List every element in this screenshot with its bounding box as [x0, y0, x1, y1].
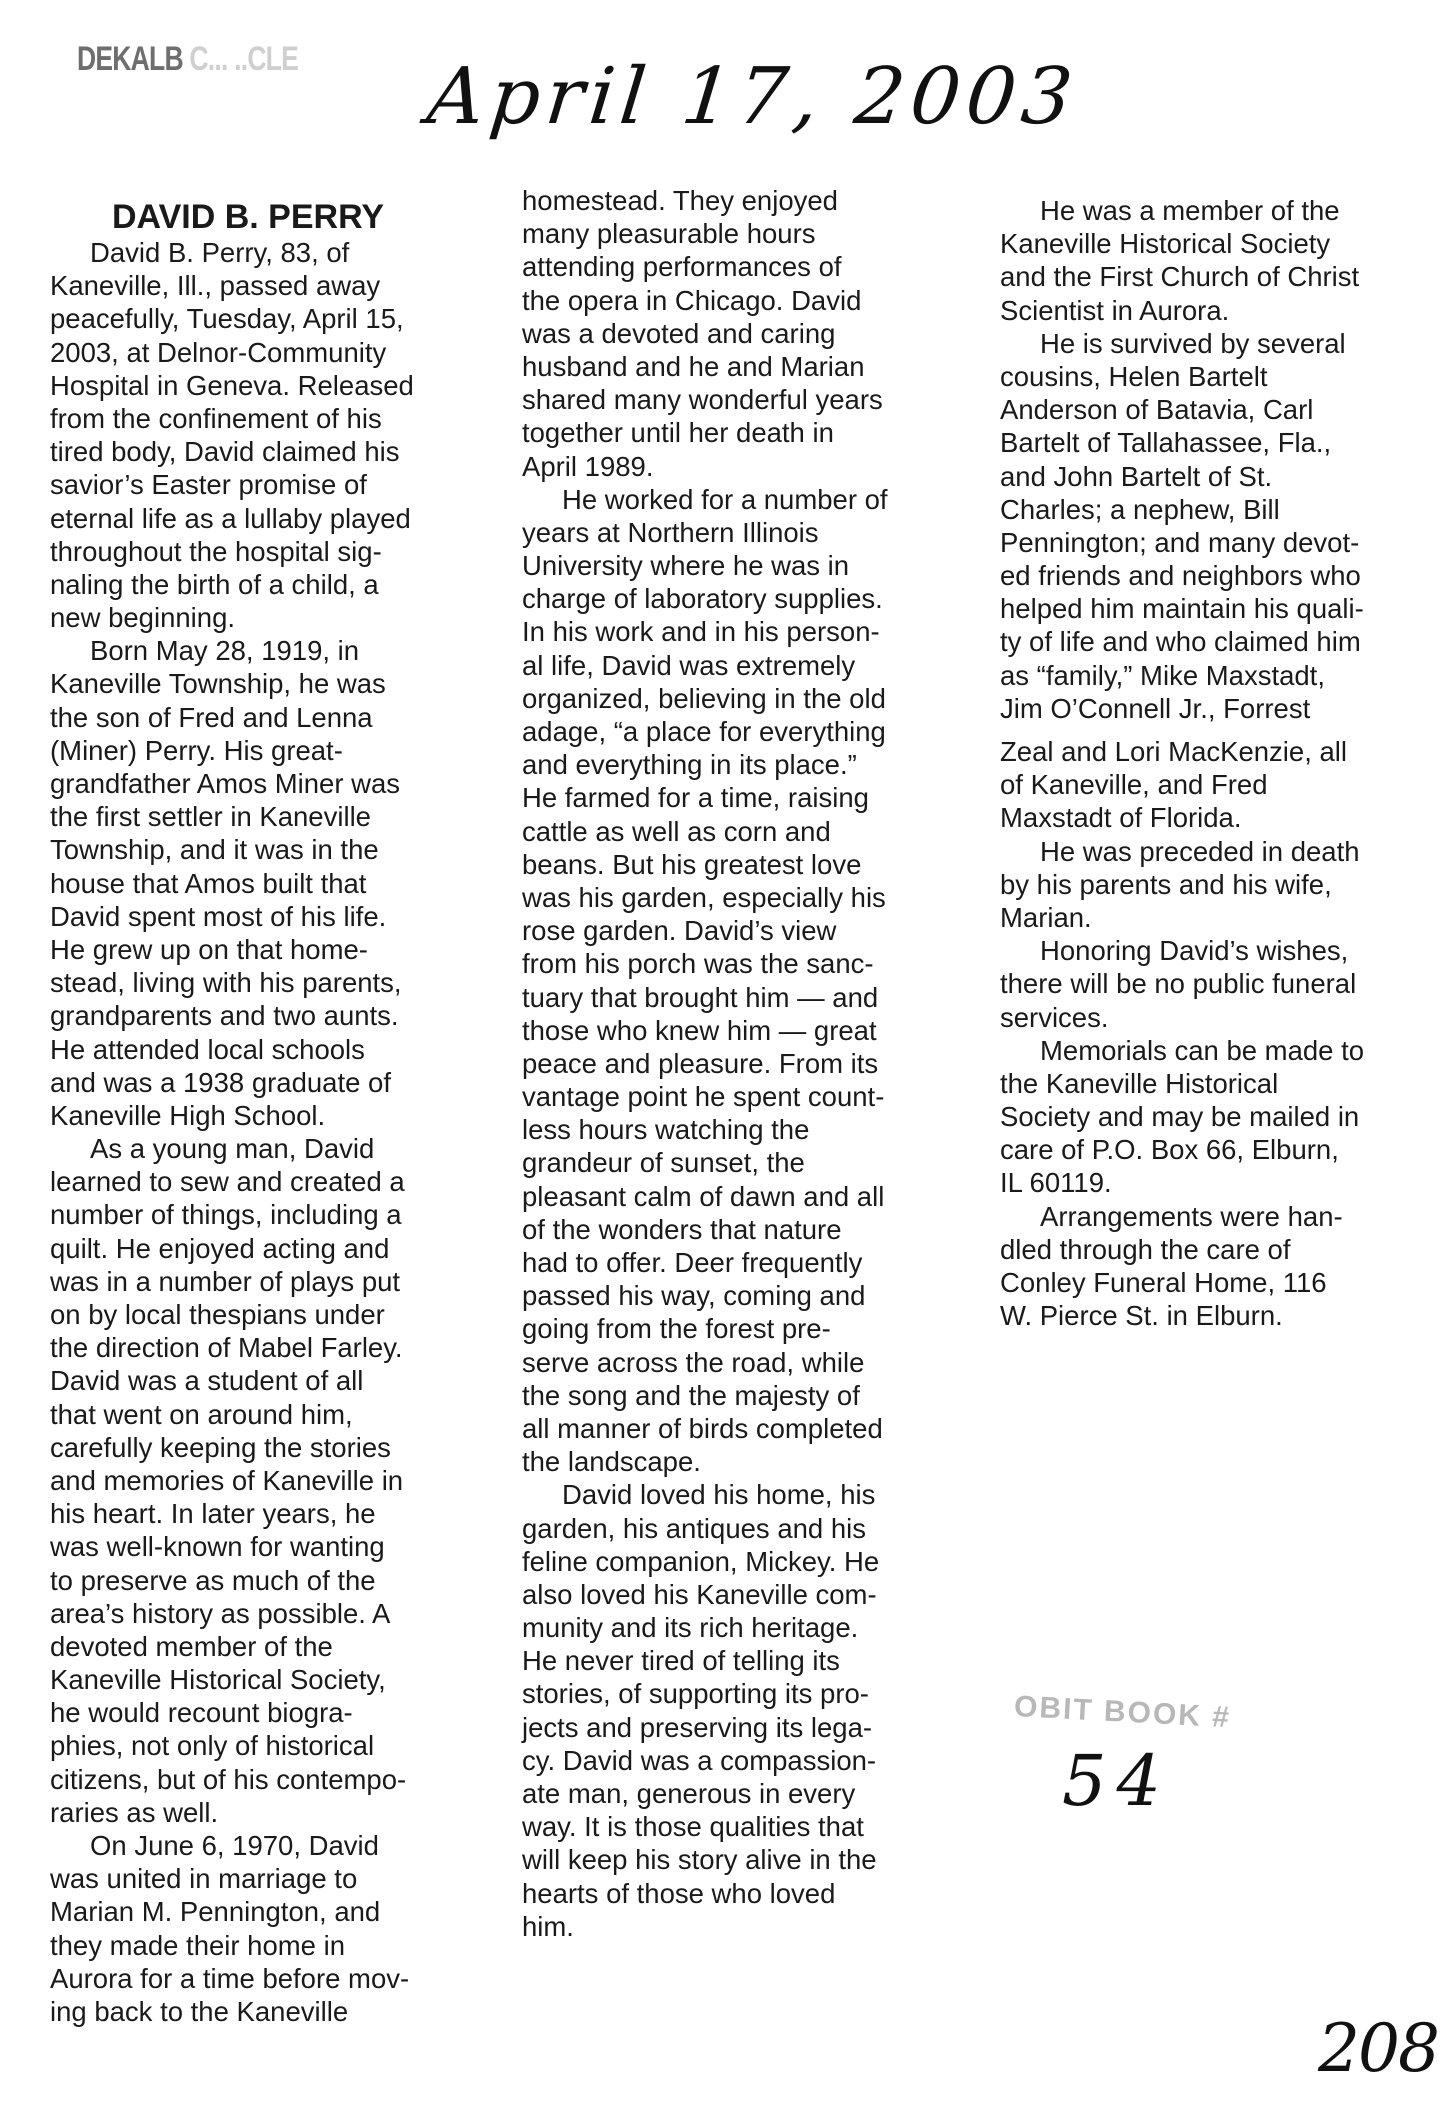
text-line: He attended local schools [50, 1033, 414, 1066]
text-line: number of things, including a [50, 1198, 414, 1231]
text-line: eternal life as a lullaby played [50, 502, 414, 535]
text-line: rose garden. David’s view [522, 914, 888, 947]
text-line: the song and the majesty of [522, 1379, 888, 1412]
text-line: Memorials can be made to [1000, 1034, 1364, 1067]
text-line: stead, living with his parents, [50, 966, 414, 999]
text-line: Anderson of Batavia, Carl [1000, 393, 1364, 426]
text-line: that went on around him, [50, 1398, 414, 1431]
text-line: grandfather Amos Miner was [50, 767, 414, 800]
text-line: beans. But his greatest love [522, 848, 888, 881]
obituary-title: DAVID B. PERRY [112, 198, 384, 237]
text-line: as “family,” Mike Maxstadt, [1000, 659, 1364, 692]
text-line: services. [1000, 1001, 1364, 1034]
text-column-1: David B. Perry, 83, ofKaneville, Ill., p… [50, 236, 414, 2028]
text-line: David B. Perry, 83, of [50, 236, 414, 269]
text-line: peacefully, Tuesday, April 15, [50, 302, 414, 335]
text-line: those who knew him — great [522, 1014, 888, 1047]
text-line: Marian M. Pennington, and [50, 1895, 414, 1928]
text-line: charge of laboratory supplies. [522, 582, 888, 615]
text-line: organized, believing in the old [522, 682, 888, 715]
text-line: 2003, at Delnor-Community [50, 336, 414, 369]
text-column-3: He was a member of theKaneville Historic… [1000, 194, 1364, 1332]
text-line: hearts of those who loved [522, 1877, 888, 1910]
obit-book-stamp: OBIT BOOK # [1013, 1690, 1231, 1735]
text-line: the landscape. [522, 1445, 888, 1478]
text-line: and was a 1938 graduate of [50, 1066, 414, 1099]
text-line: grandeur of sunset, the [522, 1146, 888, 1179]
text-line: tired body, David claimed his [50, 435, 414, 468]
text-line: area’s history as possible. A [50, 1597, 414, 1630]
text-line: helped him maintain his quali- [1000, 592, 1364, 625]
text-line: ty of life and who claimed him [1000, 625, 1364, 658]
text-line: less hours watching the [522, 1113, 888, 1146]
text-line: carefully keeping the stories [50, 1431, 414, 1464]
text-line: feline companion, Mickey. He [522, 1545, 888, 1578]
text-line: vantage point he spent count- [522, 1080, 888, 1113]
text-line: attending performances of [522, 250, 888, 283]
text-line: his heart. In later years, he [50, 1497, 414, 1530]
text-line: peace and pleasure. From its [522, 1047, 888, 1080]
text-line: shared many wonderful years [522, 383, 888, 416]
text-line: from his porch was the sanc- [522, 947, 888, 980]
text-line: Scientist in Aurora. [1000, 294, 1364, 327]
text-line: grandparents and two aunts. [50, 999, 414, 1032]
text-line: savior’s Easter promise of [50, 468, 414, 501]
paste-seam-gap [1000, 725, 1364, 735]
text-line: IL 60119. [1000, 1166, 1364, 1199]
text-line: also loved his Kaneville com- [522, 1578, 888, 1611]
text-line: ing back to the Kaneville [50, 1995, 414, 2028]
text-line: Kaneville Historical Society, [50, 1663, 414, 1696]
text-line: Honoring David’s wishes, [1000, 934, 1364, 967]
text-line: will keep his story alive in the [522, 1843, 888, 1876]
obit-book-number: 54 [1062, 1740, 1171, 1822]
text-line: of the wonders that nature [522, 1213, 888, 1246]
text-line: phies, not only of historical [50, 1729, 414, 1762]
text-line: Arrangements were han- [1000, 1200, 1364, 1233]
text-line: of Kaneville, and Fred [1000, 768, 1364, 801]
stamp-faded-text: C... ..CLE [183, 40, 298, 78]
text-line: the Kaneville Historical [1000, 1067, 1364, 1100]
text-line: cy. David was a compassion- [522, 1744, 888, 1777]
text-line: was well-known for wanting [50, 1530, 414, 1563]
text-line: all manner of birds completed [522, 1412, 888, 1445]
text-line: Kaneville Historical Society [1000, 227, 1364, 260]
newspaper-name-stamp: DEKALB C... ..CLE [77, 40, 298, 79]
text-line: Born May 28, 1919, in [50, 634, 414, 667]
text-line: stories, of supporting its pro- [522, 1677, 888, 1710]
text-line: there will be no public funeral [1000, 967, 1364, 1000]
text-line: serve across the road, while [522, 1346, 888, 1379]
text-line: (Miner) Perry. His great- [50, 734, 414, 767]
text-line: citizens, but of his contempo- [50, 1763, 414, 1796]
text-line: David was a student of all [50, 1364, 414, 1397]
text-line: homestead. They enjoyed [522, 184, 888, 217]
text-line: Zeal and Lori MacKenzie, all [1000, 735, 1364, 768]
text-line: He grew up on that home- [50, 933, 414, 966]
text-line: was a devoted and caring [522, 317, 888, 350]
text-line: dled through the care of [1000, 1233, 1364, 1266]
text-line: Jim O’Connell Jr., Forrest [1000, 692, 1364, 725]
text-line: al life, David was extremely [522, 649, 888, 682]
text-line: naling the birth of a child, a [50, 568, 414, 601]
text-line: Maxstadt of Florida. [1000, 801, 1364, 834]
text-line: Conley Funeral Home, 116 [1000, 1266, 1364, 1299]
text-line: was in a number of plays put [50, 1265, 414, 1298]
text-line: adage, “a place for everything [522, 715, 888, 748]
text-line: him. [522, 1910, 888, 1943]
text-line: and everything in its place.” [522, 748, 888, 781]
text-column-2: homestead. They enjoyedmany pleasurable … [522, 184, 888, 1943]
text-line: new beginning. [50, 601, 414, 634]
text-line: passed his way, coming and [522, 1279, 888, 1312]
text-line: to preserve as much of the [50, 1564, 414, 1597]
text-line: garden, his antiques and his [522, 1512, 888, 1545]
text-line: On June 6, 1970, David [50, 1829, 414, 1862]
text-line: He farmed for a time, raising [522, 781, 888, 814]
text-line: quilt. He enjoyed acting and [50, 1232, 414, 1265]
text-line: David loved his home, his [522, 1478, 888, 1511]
text-line: together until her death in [522, 416, 888, 449]
text-line: jects and preserving its lega- [522, 1711, 888, 1744]
text-line: by his parents and his wife, [1000, 868, 1364, 901]
text-line: raries as well. [50, 1796, 414, 1829]
stamp-visible-text: DEKALB [77, 40, 183, 78]
text-line: Aurora for a time before mov- [50, 1962, 414, 1995]
text-line: was his garden, especially his [522, 881, 888, 914]
text-line: University where he was in [522, 549, 888, 582]
text-line: Kaneville Township, he was [50, 667, 414, 700]
text-line: He is survived by several [1000, 327, 1364, 360]
text-line: ed friends and neighbors who [1000, 559, 1364, 592]
text-line: Pennington; and many devot- [1000, 526, 1364, 559]
text-line: learned to sew and created a [50, 1165, 414, 1198]
text-line: Marian. [1000, 901, 1364, 934]
text-line: He worked for a number of [522, 483, 888, 516]
text-line: many pleasurable hours [522, 217, 888, 250]
text-line: Society and may be mailed in [1000, 1100, 1364, 1133]
handwritten-date: April 17, 2003 [423, 52, 1082, 142]
text-line: they made their home in [50, 1929, 414, 1962]
text-line: husband and he and Marian [522, 350, 888, 383]
text-line: cousins, Helen Bartelt [1000, 360, 1364, 393]
text-line: Kaneville, Ill., passed away [50, 269, 414, 302]
text-line: the son of Fred and Lenna [50, 701, 414, 734]
text-line: the first settler in Kaneville [50, 800, 414, 833]
text-line: Kaneville High School. [50, 1099, 414, 1132]
text-line: care of P.O. Box 66, Elburn, [1000, 1133, 1364, 1166]
text-line: Charles; a nephew, Bill [1000, 493, 1364, 526]
text-line: W. Pierce St. in Elburn. [1000, 1299, 1364, 1332]
text-line: Township, and it was in the [50, 833, 414, 866]
text-line: and John Bartelt of St. [1000, 460, 1364, 493]
text-line: and the First Church of Christ [1000, 260, 1364, 293]
text-line: He never tired of telling its [522, 1644, 888, 1677]
text-line: throughout the hospital sig- [50, 535, 414, 568]
text-line: had to offer. Deer frequently [522, 1246, 888, 1279]
text-line: David spent most of his life. [50, 900, 414, 933]
text-line: from the confinement of his [50, 402, 414, 435]
text-line: Hospital in Geneva. Released [50, 369, 414, 402]
text-line: was united in marriage to [50, 1862, 414, 1895]
text-line: house that Amos built that [50, 867, 414, 900]
text-line: He was preceded in death [1000, 835, 1364, 868]
text-line: devoted member of the [50, 1630, 414, 1663]
text-line: pleasant calm of dawn and all [522, 1180, 888, 1213]
text-line: April 1989. [522, 450, 888, 483]
text-line: As a young man, David [50, 1132, 414, 1165]
text-line: cattle as well as corn and [522, 815, 888, 848]
text-line: tuary that brought him — and [522, 981, 888, 1014]
handwritten-page-number: 208 [1318, 2010, 1438, 2087]
text-line: the direction of Mabel Farley. [50, 1331, 414, 1364]
text-line: and memories of Kaneville in [50, 1464, 414, 1497]
text-line: He was a member of the [1000, 194, 1364, 227]
text-line: going from the forest pre- [522, 1312, 888, 1345]
text-line: In his work and in his person- [522, 615, 888, 648]
text-line: he would recount biogra- [50, 1696, 414, 1729]
text-line: on by local thespians under [50, 1298, 414, 1331]
text-line: the opera in Chicago. David [522, 284, 888, 317]
text-line: Bartelt of Tallahassee, Fla., [1000, 426, 1364, 459]
text-line: way. It is those qualities that [522, 1810, 888, 1843]
text-line: ate man, generous in every [522, 1777, 888, 1810]
text-line: years at Northern Illinois [522, 516, 888, 549]
text-line: munity and its rich heritage. [522, 1611, 888, 1644]
